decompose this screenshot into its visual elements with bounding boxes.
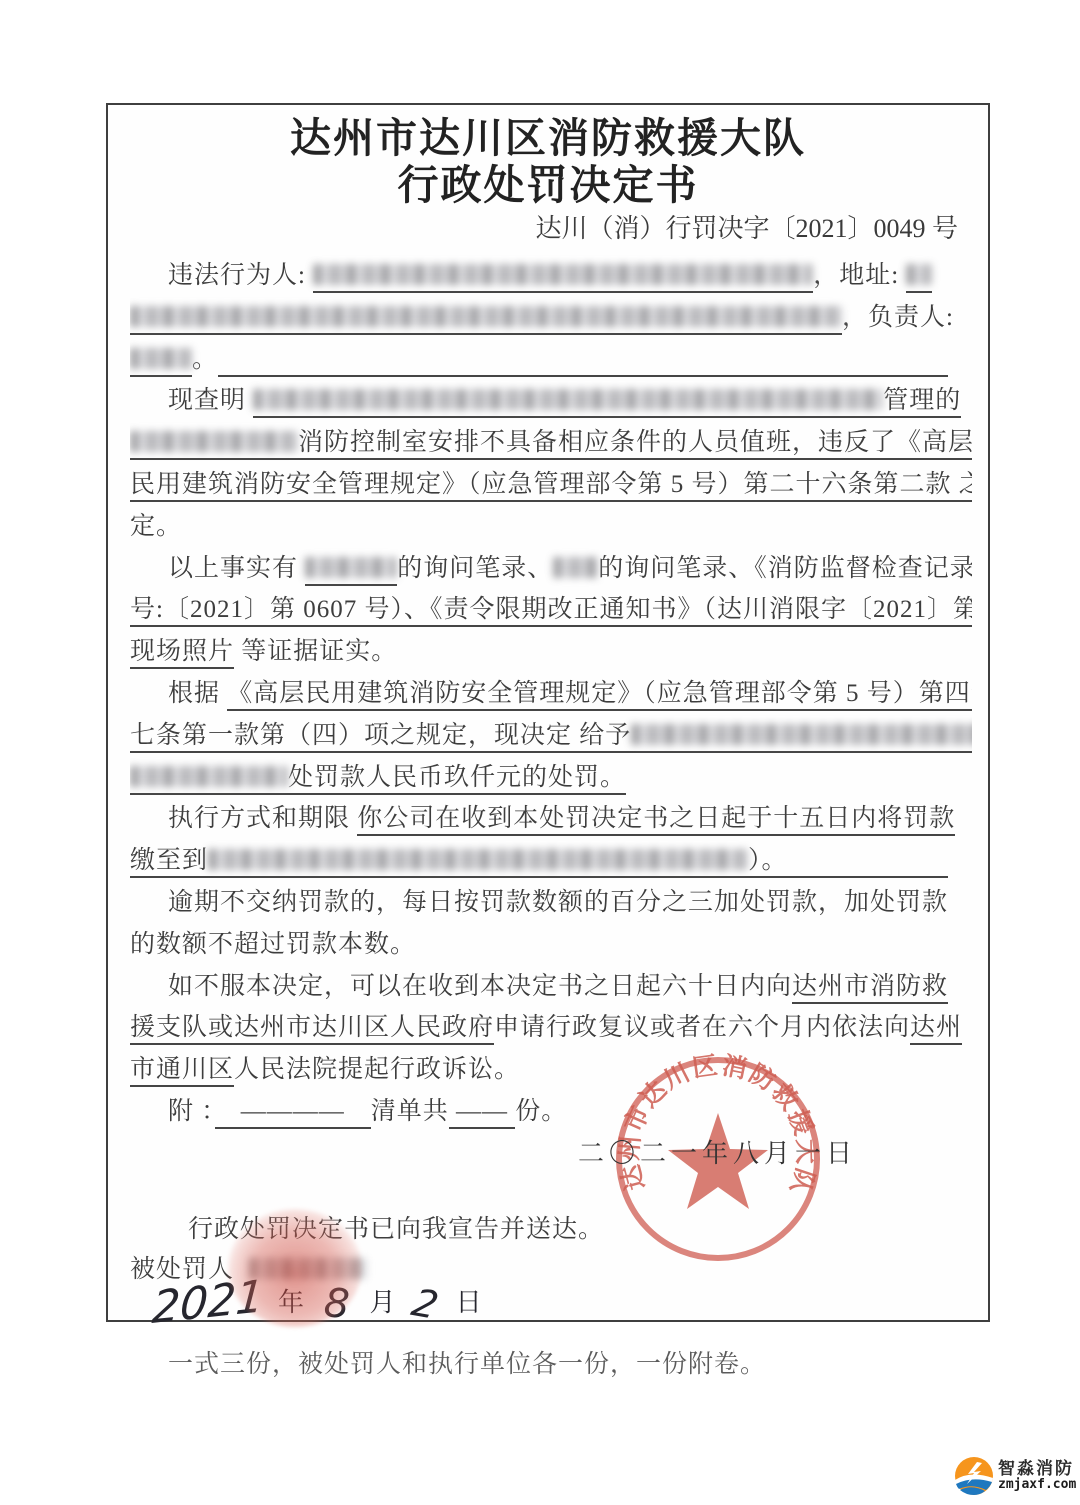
text-segment: 的询问笔录、 [397,555,553,582]
text-segment: 人民法院提起行政诉讼。 [234,1056,520,1083]
handwritten-day: 2 [408,1281,444,1328]
zhimiao-logo-icon [954,1456,994,1496]
day-label: 日 [456,1288,482,1317]
document-line: 市通川区人民法院提起行政诉讼。 [130,1049,972,1091]
underlined-segment: 《高层民用建筑消防安全管理规定》（应急管理部令第 5 号）第四十 [227,680,972,711]
text-segment: 达州市消防救 [792,973,948,1000]
underlined-segment [130,346,192,377]
distribution-note: 一式三份，被处罚人和执行单位各一份，一份附卷。 [168,1344,766,1380]
text-segment: 援支队或达州市达川区人民政府 [130,1014,494,1041]
underlined-segment [313,262,813,293]
text-segment: 等证据证实。 [234,638,397,665]
document-line: 附 ： ———— 清单共 —— 份。 [130,1091,972,1133]
text-segment: 的数额不超过罚款本数。 [130,931,416,958]
watermark-site: zmjaxf.com [998,1478,1076,1492]
text-segment: 现查明 [168,387,253,414]
underlined-segment: 现场照片 [130,638,234,669]
redacted-text [130,306,842,327]
text-segment: 《高层民用建筑消防安全管理规定》（应急管理部令第 5 号）第四十 [227,680,972,707]
text-segment: 处罚款人民币玖仟元的处罚。 [288,764,626,791]
month-label: 月 [369,1288,395,1317]
document-body: 违法行为人: ，地址: ，负责人:。现查明 管理的消防控制室安排不具备相应条件的… [108,255,988,1133]
text-segment: ，地址: [813,262,906,289]
underlined-segment: 缴至到 [130,847,208,878]
document-line: 根据 《高层民用建筑消防安全管理规定》（应急管理部令第 5 号）第四十 [130,673,972,715]
decision-date: 二〇二一年八月一日 [578,1133,857,1170]
text-segment: 管理的 [883,387,961,414]
redacted-text [208,849,748,870]
text-segment: 根据 [168,680,227,707]
underlined-segment: 援支队或达州市达川区人民政府 [130,1014,494,1045]
underlined-segment [208,847,748,878]
redacted-text [130,766,288,787]
document-line: 逾期不交纳罚款的，每日按罚款数额的百分之三加处罚款，加处罚款 [130,882,972,924]
underlined-segment [130,304,842,335]
redacted-text [906,264,932,285]
document-number: 达川（消）行罚决字〔2021〕0049 号 [108,213,988,245]
underlined-segment: 市通川区 [130,1056,234,1087]
redacted-text [553,557,598,578]
text-segment: 执行方式和期限 [168,805,357,832]
text-segment: 份。 [515,1098,567,1125]
underlined-segment: ）。 [748,847,788,878]
redacted-text [130,348,192,369]
underlined-segment: 号:〔2021〕第 0607 号）、《责令限期改正通知书》（达川消限字〔2021… [130,596,972,627]
text-segment: 号:〔2021〕第 0607 号）、《责令限期改正通知书》（达川消限字〔2021… [130,596,972,623]
document-line: 七条第一款第（四）项之规定，现决定 给予 [130,715,972,757]
document-line: 处罚款人民币玖仟元的处罚。 [130,757,972,799]
redacted-text [313,264,813,285]
document-line: 民用建筑消防安全管理规定》（应急管理部令第 5 号）第二十六条第二款 之规 [130,464,972,506]
redacted-text [130,431,298,452]
underlined-segment [253,387,883,418]
red-fingerprint-stamp [228,1209,362,1327]
text-segment: 现场照片 [130,638,234,665]
text-segment: 民用建筑消防安全管理规定》（应急管理部令第 5 号）第二十六条第二款 之规 [130,471,972,498]
document-line: 援支队或达州市达川区人民政府申请行政复议或者在六个月内依法向达州 [130,1007,972,1049]
underlined-segment [305,555,397,586]
text-segment: 市通川区 [130,1056,234,1083]
document-line: 现场照片 等证据证实。 [130,631,972,673]
document-line: 缴至到）。 [130,840,972,882]
underlined-segment [906,262,932,293]
underlined-segment: 民用建筑消防安全管理规定》（应急管理部令第 5 号）第二十六条第二款 之规 [130,471,972,502]
underlined-segment: 达州 [910,1014,962,1045]
document-page: 达州市达川区消防救援大队 行政处罚决定书 达川（消）行罚决字〔2021〕0049… [106,103,990,1322]
text-segment: ）。 [748,847,788,874]
document-line: 以上事实有 的询问笔录、的询问笔录、《消防监督检查记录》（编 [130,548,972,590]
underlined-segment: 管理的 [883,387,961,418]
text-segment: 逾期不交纳罚款的，每日按罚款数额的百分之三加处罚款，加处罚款 [168,889,948,916]
redacted-text [305,557,397,578]
text-segment: 违法行为人: [168,262,313,289]
text-segment: 消防控制室安排不具备相应条件的人员值班，违反了《高层 [298,429,972,456]
text-segment: 如不服本决定，可以在收到本决定书之日起六十日内向 [168,973,792,1000]
watermark-brand: 智淼消防 [998,1460,1076,1478]
redacted-text [631,724,972,745]
underlined-segment: 达州市消防救 [792,973,948,1004]
document-line: 号:〔2021〕第 0607 号）、《责令限期改正通知书》（达川消限字〔2021… [130,589,972,631]
underlined-segment: ———— [215,1098,371,1129]
document-line: 如不服本决定，可以在收到本决定书之日起六十日内向达州市消防救 [130,966,972,1008]
blank-fill-line [218,349,948,367]
text-segment: 附 ： [168,1098,215,1125]
text-segment: ———— [215,1098,371,1125]
zhimiao-watermark: 智淼消防 zmjaxf.com [954,1456,1076,1496]
document-line: 违法行为人: ，地址: [130,255,972,297]
underlined-segment [130,764,288,795]
document-line: 的数额不超过罚款本数。 [130,924,972,966]
text-segment: 定。 [130,513,182,540]
scanned-penalty-document: { "header": { "title_line1": "达州市达川区消防救援… [0,0,1080,1505]
text-segment: 你公司在收到本处罚决定书之日起于十五日内将罚款 [357,805,955,832]
document-line: 执行方式和期限 你公司在收到本处罚决定书之日起于十五日内将罚款 [130,798,972,840]
text-segment: —— [449,1098,516,1125]
text-segment: 申请行政复议或者在六个月内依法向 [494,1014,910,1041]
underlined-segment: 你公司在收到本处罚决定书之日起于十五日内将罚款 [357,805,955,836]
text-segment: 缴至到 [130,847,208,874]
blank-fill-line [788,850,948,868]
document-line: 现查明 管理的 [130,380,972,422]
document-line: ，负责人: [130,297,972,339]
text-segment: ，负责人: [842,304,954,331]
text-segment: 以上事实有 [168,555,305,582]
underlined-segment: 处罚款人民币玖仟元的处罚。 [288,764,626,795]
underlined-segment: 消防控制室安排不具备相应条件的人员值班，违反了《高层 [298,429,972,460]
underlined-segment [130,429,298,460]
text-segment: 。 [192,346,218,373]
underlined-segment: 七条第一款第（四）项之规定，现决定 给予 [130,722,631,753]
document-line: 消防控制室安排不具备相应条件的人员值班，违反了《高层 [130,422,972,464]
text-segment: 达州 [910,1014,962,1041]
document-title-line2: 行政处罚决定书 [108,162,988,209]
redacted-text [253,389,883,410]
text-segment: 七条第一款第（四）项之规定，现决定 给予 [130,722,631,749]
underlined-segment [631,722,972,753]
text-segment: 的询问笔录、《消防监督检查记录》（编 [598,555,972,582]
document-title-line1: 达州市达川区消防救援大队 [108,115,988,162]
text-segment: 清单共 [371,1098,449,1125]
underlined-segment: —— [449,1098,516,1129]
document-line: 定。 [130,506,972,548]
underlined-segment [788,847,948,878]
underlined-segment [218,346,948,377]
document-line: 。 [130,339,972,381]
